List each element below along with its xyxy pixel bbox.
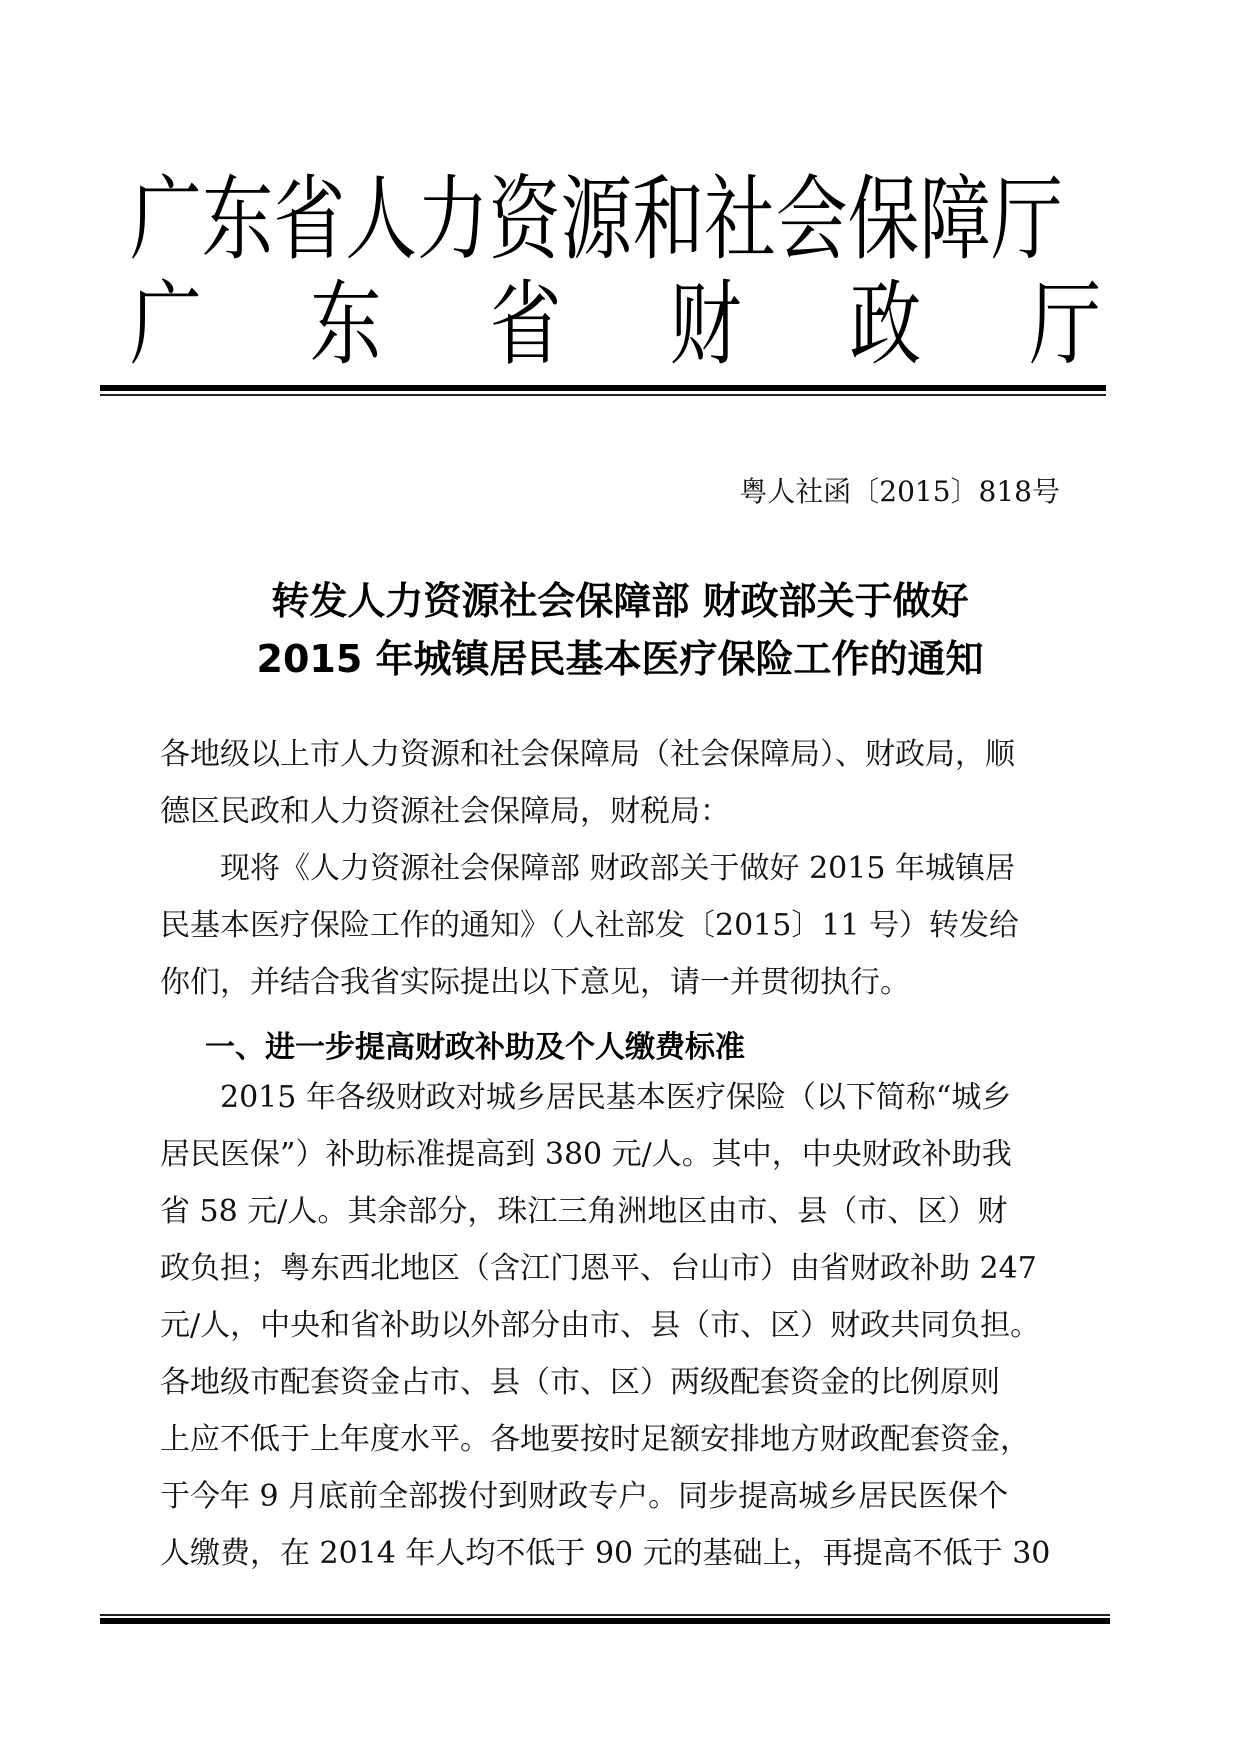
document-number: 粤人社函〔2015〕818号 bbox=[739, 470, 1060, 510]
letterhead-hrss-department: 广东省人力资源和社会保障厅 bbox=[130, 170, 887, 270]
section-paragraph-line: 人缴费，在 2014 年人均不低于 90 元的基础上，再提高不低于 30 bbox=[160, 1534, 1090, 1574]
footer-divider-thin bbox=[100, 1614, 1110, 1616]
letterhead-char: 厅 bbox=[1029, 275, 1101, 375]
header-divider-thick bbox=[100, 385, 1106, 391]
section-paragraph-line: 上应不低于上年度水平。各地要按时足额安排地方财政配套资金， bbox=[160, 1420, 1090, 1460]
letterhead-char: 省 bbox=[490, 275, 562, 375]
section-paragraph-line: 元/人，中央和省补助以外部分由市、县（市、区）财政共同负担。 bbox=[160, 1306, 1090, 1346]
section-paragraph-line: 各地级市配套资金占市、县（市、区）两级配套资金的比例原则 bbox=[160, 1363, 1090, 1403]
section-paragraph-line: 于今年 9 月底前全部拨付到财政专户。同步提高城乡居民医保个 bbox=[160, 1477, 1090, 1517]
body-paragraph-line: 现将《人力资源社会保障部 财政部关于做好 2015 年城镇居 bbox=[160, 849, 1090, 889]
section-paragraph-line: 政负担；粤东西北地区（含江门恩平、台山市）由省财政补助 247 bbox=[160, 1249, 1090, 1289]
header-divider-thin bbox=[100, 394, 1106, 396]
body-paragraph-line: 民基本医疗保险工作的通知》（人社部发〔2015〕11 号）转发给 bbox=[160, 906, 1090, 946]
footer-divider-thick bbox=[100, 1618, 1110, 1624]
addressee-line-1: 各地级以上市人力资源和社会保障局（社会保障局）、财政局，顺 bbox=[160, 735, 1090, 775]
addressee-line-2: 德区民政和人力资源社会保障局，财税局： bbox=[160, 792, 1090, 832]
letterhead-char: 广 bbox=[130, 275, 202, 375]
document-title-line-1: 转发人力资源社会保障部 财政部关于做好 bbox=[0, 570, 1240, 625]
section-paragraph-line: 2015 年各级财政对城乡居民基本医疗保险（以下简称“城乡 bbox=[160, 1078, 1090, 1118]
document-page: 广东省人力资源和社会保障厅 广 东 省 财 政 厅 粤人社函〔2015〕818号… bbox=[0, 0, 1240, 1754]
document-title-line-2: 2015 年城镇居民基本医疗保险工作的通知 bbox=[0, 628, 1240, 683]
letterhead-finance-department: 广 东 省 财 政 厅 bbox=[130, 275, 1101, 375]
letterhead-char: 东 bbox=[310, 275, 382, 375]
section-paragraph-line: 省 58 元/人。其余部分，珠江三角洲地区由市、县（市、区）财 bbox=[160, 1192, 1090, 1232]
section-heading: 一、进一步提高财政补助及个人缴费标准 bbox=[205, 1022, 745, 1066]
body-paragraph-line: 你们，并结合我省实际提出以下意见，请一并贯彻执行。 bbox=[160, 963, 1090, 1003]
section-paragraph-line: 居民医保”）补助标准提高到 380 元/人。其中，中央财政补助我 bbox=[160, 1135, 1090, 1175]
letterhead-char: 政 bbox=[849, 275, 921, 375]
letterhead-char: 财 bbox=[670, 275, 742, 375]
